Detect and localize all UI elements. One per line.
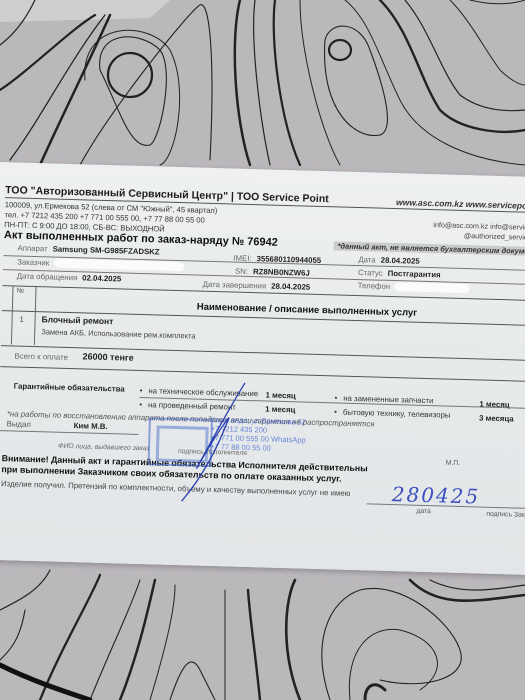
- device-field: АппаратSamsung SM-G985FZADSKZ: [17, 244, 159, 257]
- issued-label: Выдал: [7, 419, 31, 429]
- warranty-period-appliances: 3 месяца: [479, 413, 514, 423]
- company-online-contacts: info@asc.com.kz info@servicepoint. @auth…: [433, 220, 525, 245]
- status-field: СтатусПостгарантия: [358, 268, 441, 279]
- warranty-item-appliances: бытовую технику, телевизоры: [334, 407, 451, 419]
- completion-date-field: Дата завершения28.04.2025: [203, 280, 311, 292]
- work-completion-act-document: ТОО "Авторизованный Сервисный Центр" | Т…: [0, 162, 525, 577]
- signature-section: Выдал Ким М.В. ФИО лица, выдавшего заказ…: [0, 431, 525, 517]
- customer-redacted: [54, 259, 184, 272]
- executor-signature-scribble: [171, 376, 255, 508]
- date-caption: дата: [416, 508, 431, 515]
- service-title: Блочный ремонт: [41, 314, 113, 326]
- company-websites: www.asc.com.kz www.servicepoint.: [396, 197, 525, 211]
- date-field: Дата28.04.2025: [358, 255, 420, 266]
- company-social: @authorized_service_cent: [433, 230, 525, 243]
- phone-field: Телефон: [358, 281, 471, 294]
- request-date-field: Дата обращения02.04.2025: [17, 272, 122, 284]
- warranty-period-maintenance: 1 месяц: [265, 391, 295, 401]
- warranty-label: Гарантийные обязательства: [14, 381, 125, 393]
- warranty-period-repair: 1 месяц: [265, 405, 295, 415]
- total-value: 26000 тенге: [82, 351, 133, 362]
- customer-sign-caption: подпись Заказчик: [486, 511, 525, 520]
- total-label: Всего к оплате: [14, 351, 68, 361]
- issued-by-name: Ким М.В.: [74, 421, 108, 431]
- service-description: Замена АКБ, Использование рем.комплекта: [41, 327, 196, 340]
- phone-redacted: [395, 283, 470, 294]
- services-table: № Наименование / описание выполненных ус…: [0, 285, 525, 383]
- seal-caption: М.П.: [446, 460, 461, 467]
- services-table-num-header: №: [16, 288, 24, 295]
- issuer-caption: ФИО лица, выдавшего заказ: [58, 443, 150, 453]
